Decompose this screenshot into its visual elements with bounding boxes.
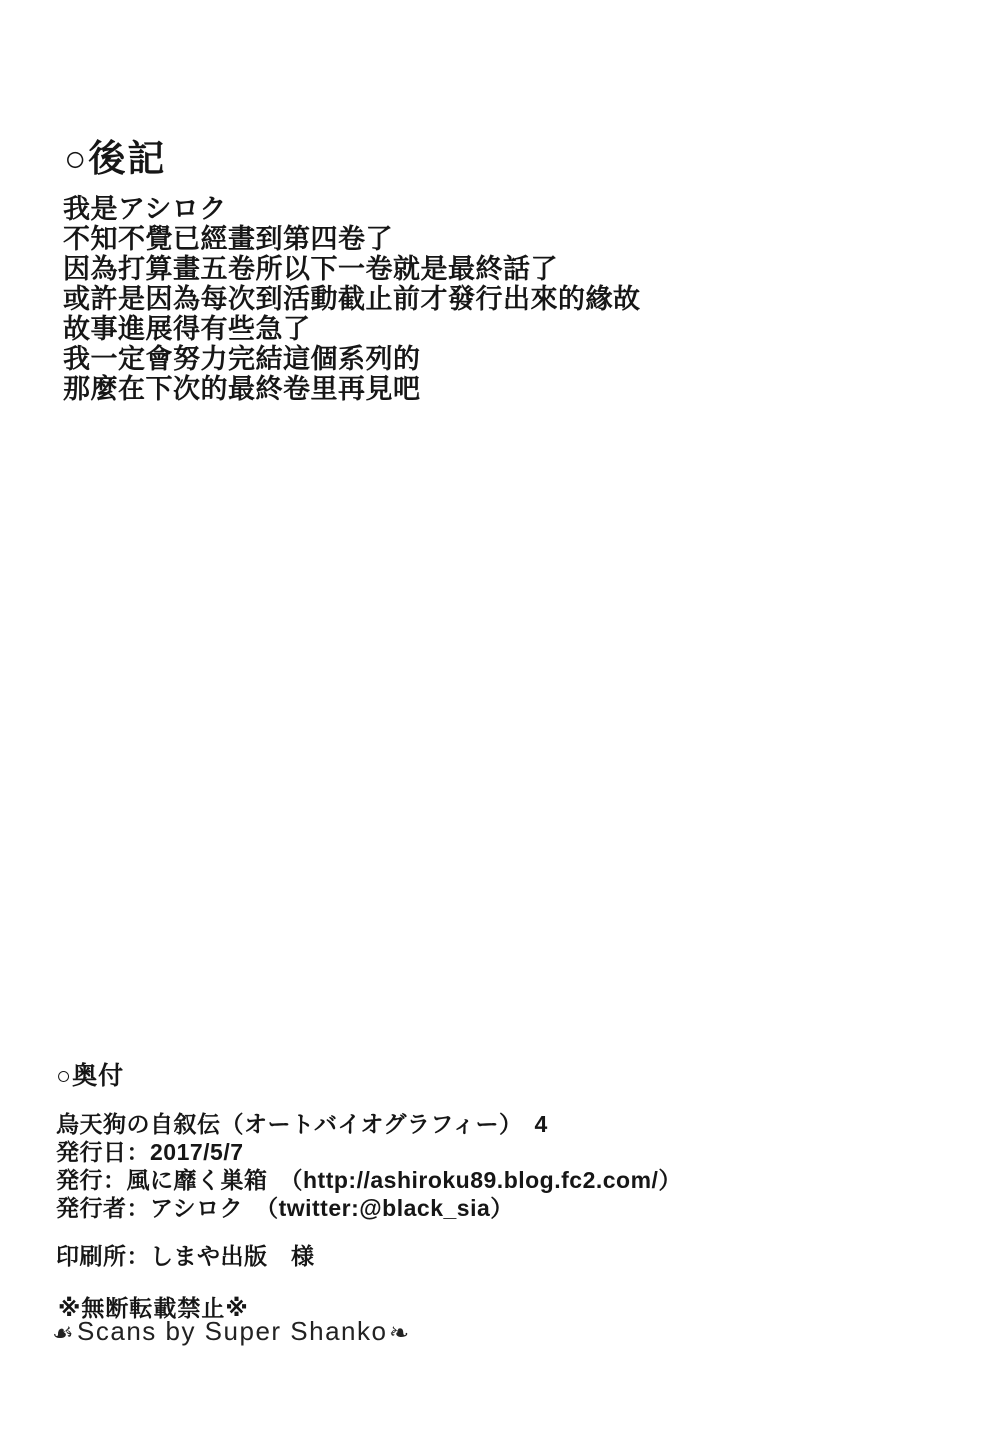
document-page: ○後記 我是アシロク 不知不覺已經畫到第四卷了 因為打算畫五卷所以下一卷就是最終… — [0, 0, 1000, 1429]
floral-ornament-right-icon: ❧ — [388, 1320, 413, 1347]
afterword-line: 或許是因為每次到活動截止前才發行出來的緣故 — [63, 284, 641, 314]
colophon-block: 烏天狗の自叙伝（オートバイオグラフィー） 4 発行日：2017/5/7 発行：風… — [56, 1110, 682, 1222]
afterword-body: 我是アシロク 不知不覺已經畫到第四卷了 因為打算畫五卷所以下一卷就是最終話了 或… — [63, 194, 641, 404]
afterword-line: 我一定會努力完結這個系列的 — [63, 344, 641, 374]
colophon-heading: ○奥付 — [56, 1056, 124, 1092]
scan-credit: ☙ Scans by Super Shanko ❧ — [52, 1316, 411, 1347]
colophon-title: 烏天狗の自叙伝（オートバイオグラフィー） 4 — [56, 1110, 682, 1138]
afterword-line: 故事進展得有些急了 — [63, 314, 641, 344]
colophon-publish-date: 発行日：2017/5/7 — [56, 1138, 682, 1166]
afterword-line: 那麼在下次的最終卷里再見吧 — [63, 374, 641, 404]
scan-credit-text: Scans by Super Shanko — [77, 1316, 387, 1347]
colophon-publisher: 発行：風に靡く巣箱 （http://ashiroku89.blog.fc2.co… — [56, 1166, 682, 1194]
afterword-line: 我是アシロク — [63, 194, 641, 224]
colophon-printer: 印刷所：しまや出版 様 — [56, 1238, 315, 1271]
colophon-author: 発行者：アシロク （twitter:@black_sia） — [56, 1194, 682, 1222]
afterword-heading: ○後記 — [64, 128, 166, 182]
afterword-line: 因為打算畫五卷所以下一卷就是最終話了 — [63, 254, 641, 284]
floral-ornament-left-icon: ☙ — [50, 1320, 76, 1347]
afterword-line: 不知不覺已經畫到第四卷了 — [63, 224, 641, 254]
